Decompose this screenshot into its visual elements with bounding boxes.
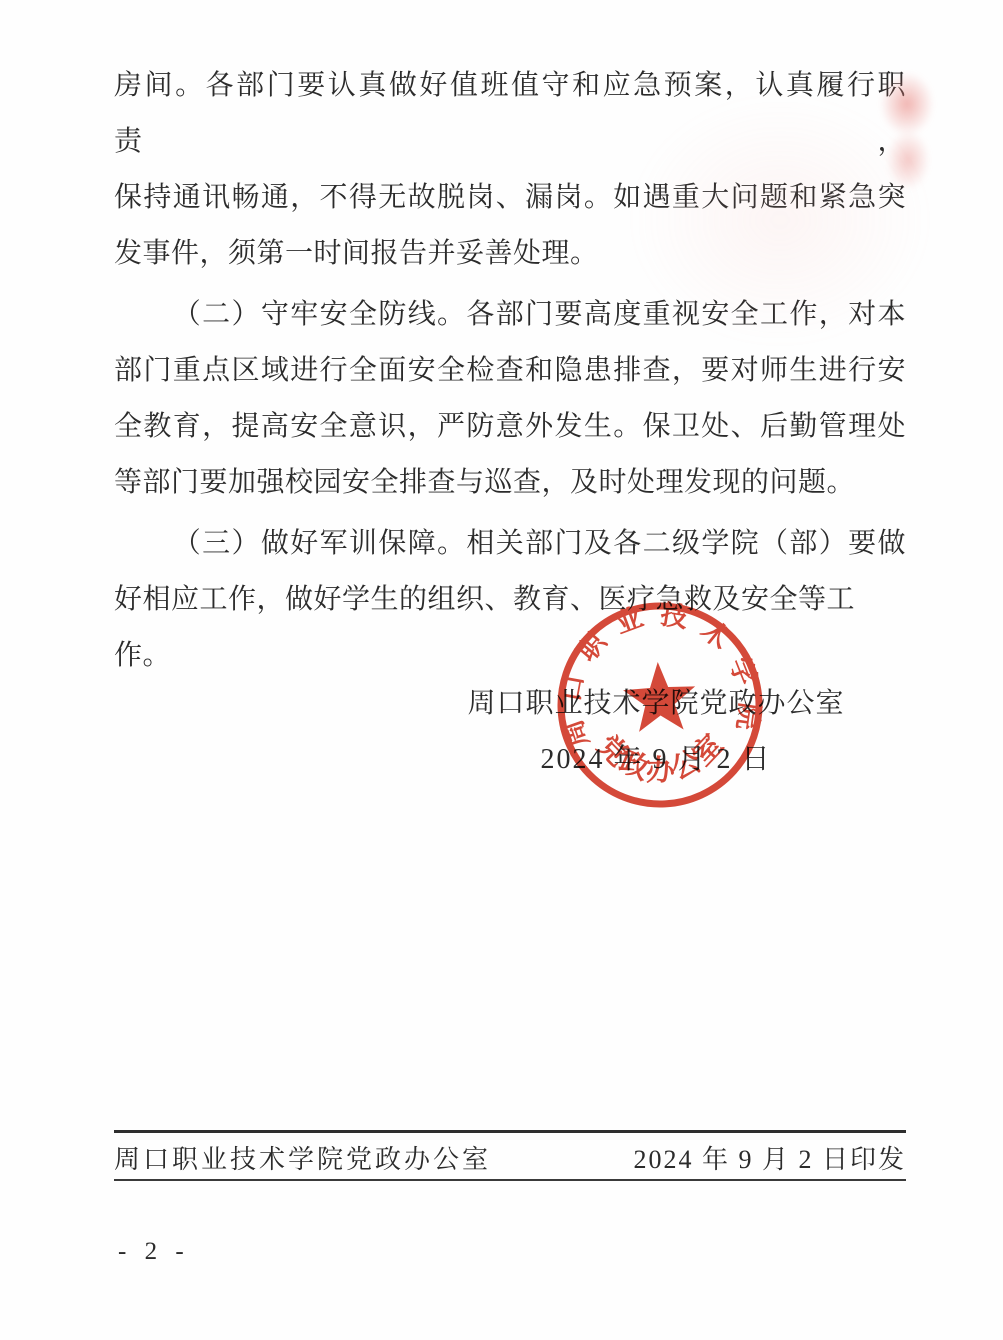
footer-divider-top	[114, 1130, 906, 1133]
seal-star-icon	[622, 660, 698, 732]
body-line: 全教育，提高安全意识，严防意外发生。保卫处、后勤管理处	[114, 399, 906, 455]
seal-bottom-text-wrap: 党政办公室	[590, 723, 731, 792]
footer: 周口职业技术学院党政办公室 2024 年 9 月 2 日印发	[114, 1141, 906, 1179]
body-line: 房间。各部门要认真做好值班值守和应急预案，认真履行职责，	[114, 58, 906, 170]
document-body: 房间。各部门要认真做好值班值守和应急预案，认真履行职责， 保持通讯畅通，不得无故…	[114, 58, 906, 684]
footer-divider-bottom	[114, 1179, 906, 1181]
body-line: 部门重点区域进行全面安全检查和隐患排查，要对师生进行安	[114, 343, 906, 399]
official-seal-graphic: 周口职业技术学院 党政办公室	[545, 590, 774, 819]
page-number: - 2 -	[118, 1238, 190, 1266]
body-line: （三）做好军训保障。相关部门及各二级学院（部）要做	[114, 516, 906, 572]
body-line: 等部门要加强校园安全排查与巡查，及时处理发现的问题。	[114, 455, 906, 511]
official-seal: 周口职业技术学院 党政办公室	[545, 590, 774, 819]
paragraph-duty: 房间。各部门要认真做好值班值守和应急预案，认真履行职责， 保持通讯畅通，不得无故…	[114, 58, 906, 282]
body-line: （二）守牢安全防线。各部门要高度重视安全工作，对本	[114, 287, 906, 343]
paragraph-military-training: （三）做好军训保障。相关部门及各二级学院（部）要做 好相应工作，做好学生的组织、…	[114, 516, 906, 684]
footer-imprint-date: 2024 年 9 月 2 日印发	[633, 1141, 906, 1179]
body-line: 发事件，须第一时间报告并妥善处理。	[114, 226, 906, 282]
document-page: 房间。各部门要认真做好值班值守和应急预案，认真履行职责， 保持通讯畅通，不得无故…	[0, 0, 1003, 1340]
paragraph-safety: （二）守牢安全防线。各部门要高度重视安全工作，对本 部门重点区域进行全面安全检查…	[114, 287, 906, 511]
body-line: 好相应工作，做好学生的组织、教育、医疗急救及安全等工作。	[114, 572, 906, 684]
seal-bottom-text: 党政办公室	[590, 723, 731, 792]
footer-issuer: 周口职业技术学院党政办公室	[114, 1141, 491, 1179]
body-line: 保持通讯畅通，不得无故脱岗、漏岗。如遇重大问题和紧急突	[114, 170, 906, 226]
